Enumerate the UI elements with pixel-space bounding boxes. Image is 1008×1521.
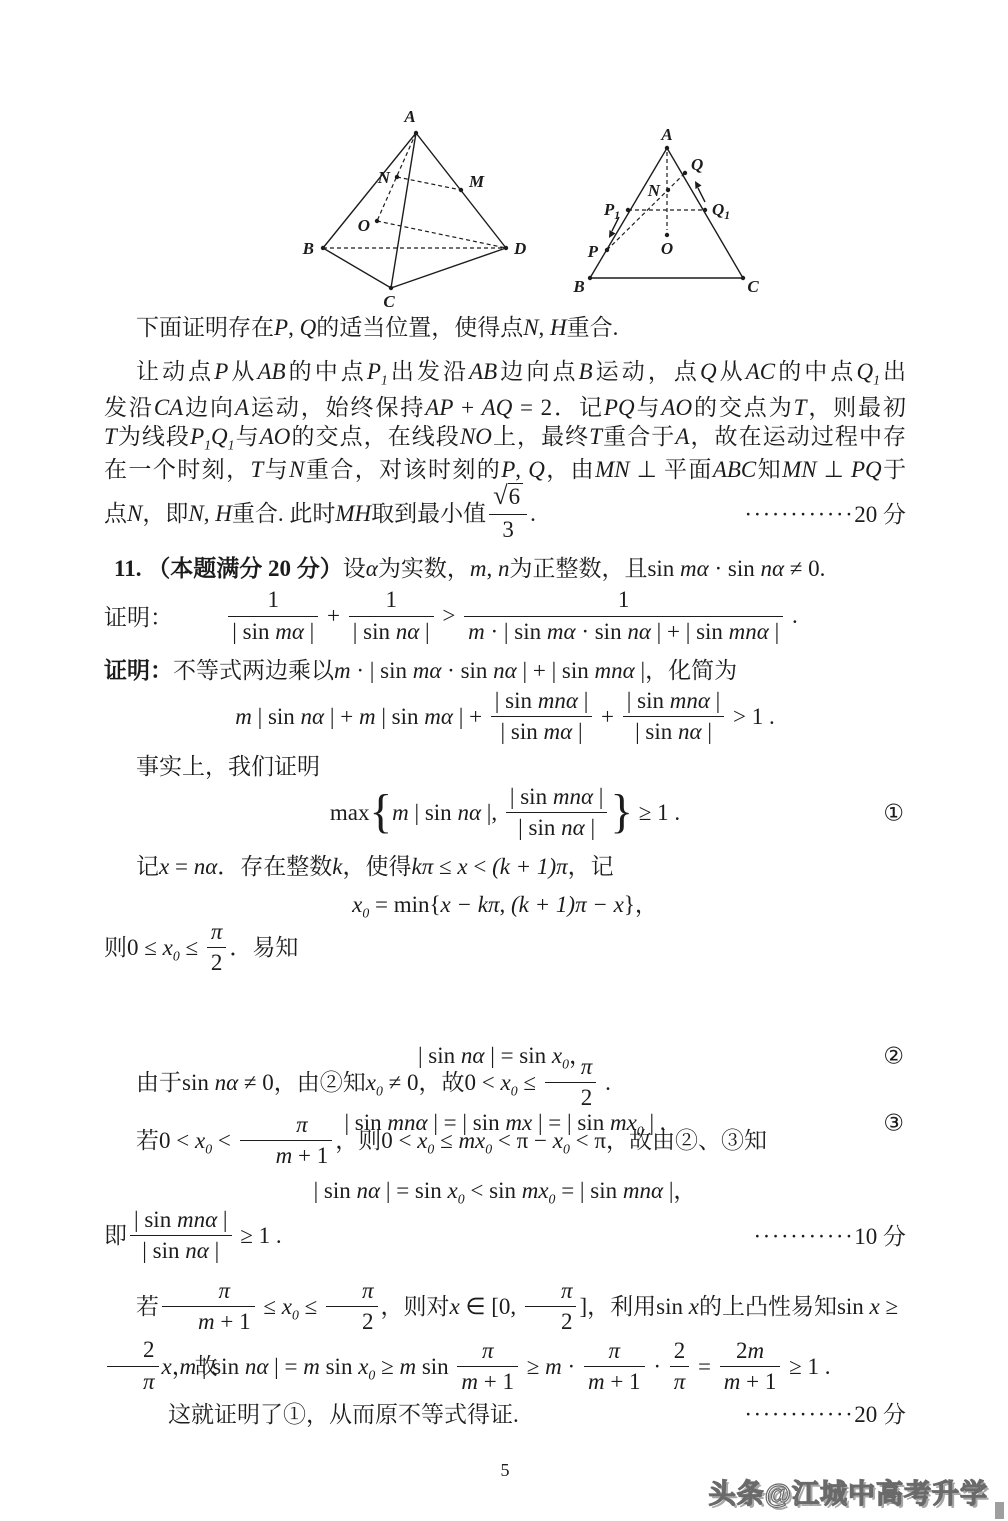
fact-text: 事实上，我们证明 (136, 754, 320, 779)
conclude1-text: 即| sin mnα || sin nα | ≥ 1 . (104, 1207, 282, 1267)
point-label-p1: P1 (603, 200, 620, 222)
record-line: 记x = nα．存在整数k，使得kπ ≤ x < (k + 1)π，记 (104, 852, 906, 882)
score-label: 20 分 (854, 502, 906, 527)
document-page: A B C D N M O A B C Q N P1 Q1 O P 下面证明存在… (0, 0, 1008, 1521)
equation-case1: | sin nα | = sin x0 < sin mx0 = | sin mn… (104, 1176, 906, 1206)
solution-line-move2: 发沿CA边向A运动，始终保持AP + AQ = 2．记PQ与AO的交点为T，则最… (104, 393, 906, 423)
equation-max: max{m | sin nα |, | sin mnα || sin nα |}… (104, 784, 906, 842)
min-value-text: 点N，即N, H重合. 此时MH取到最小值√63. (104, 485, 536, 546)
point-label-n: N (377, 168, 391, 187)
point-label-n: N (647, 181, 661, 200)
vertex-label-c: C (383, 292, 395, 311)
equation-x0: x0 = min{x − kπ, (k + 1)π − x}， (104, 890, 906, 920)
point-label-q: Q (691, 155, 703, 174)
figure-triangle: A B C Q N P1 Q1 O P (565, 110, 765, 298)
vertex-label-a: A (660, 125, 672, 144)
score-label: 10 分 (854, 1224, 906, 1249)
final-line: 这就证明了①，从而原不等式得证. ············20 分 (104, 1400, 906, 1430)
score-marker-10: ···········10 分 (753, 1208, 906, 1266)
point-label-q1: Q1 (712, 200, 730, 222)
prove-formula: 1| sin mα | + 1| sin nα | > 1m · | sin m… (187, 589, 906, 647)
equation-number-1: ① (883, 802, 904, 825)
then-line: 则0 ≤ x0 ≤ π2．易知 (104, 919, 906, 977)
score-dots: ············ (744, 1402, 854, 1427)
case1-line: 若0 < x0 < πm + 1，则0 < x0 ≤ mx0 < π − x0 … (104, 1112, 906, 1170)
arrow-q-line (698, 188, 705, 202)
point-label-o: O (358, 216, 370, 235)
vertex-label-b: B (302, 239, 314, 258)
scrollbar-thumb[interactable] (995, 1502, 1004, 1519)
figure-tetrahedron: A B C D N M O (298, 96, 533, 311)
tetra-dashed-od (377, 221, 506, 248)
point-label-m: M (468, 172, 485, 191)
score-label: 20 分 (854, 1402, 906, 1427)
point-label-p: P (587, 242, 599, 261)
vertex-label-c: C (747, 277, 759, 296)
tetra-base-edges (323, 248, 506, 288)
final-text: 这就证明了①，从而原不等式得证. (104, 1400, 519, 1430)
conclude1-line: 即| sin mnα || sin nα | ≥ 1 . ···········… (104, 1208, 906, 1266)
equation-expanded: m | sin nα | + m | sin mα | + | sin mnα … (104, 688, 906, 746)
vertex-label-d: D (513, 239, 526, 258)
prove-statement: 证明： 1| sin mα | + 1| sin nα | > 1m · | s… (104, 588, 906, 648)
equation-case2: m | sin nα | = m sin x0 ≥ m sin πm + 1 ≥… (104, 1338, 906, 1396)
watermark: 头条@江城中高考升学 (709, 1472, 988, 1511)
score-dots: ··········· (753, 1224, 854, 1249)
proof-intro: 证明：不等式两边乘以m · | sin mα · sin nα | + | si… (104, 656, 906, 686)
arrow-q-head (695, 181, 702, 189)
solution-line-move3: T为线段P1Q1与AO的交点，在线段NO上，最终T重合于A，故在运动过程中存 (104, 422, 906, 452)
vertex-label-a: A (403, 107, 415, 126)
tetra-edge-ac (391, 133, 416, 288)
point-label-o: O (661, 239, 673, 258)
prove-label: 证明： (104, 603, 173, 633)
vertex-label-b: B (572, 277, 584, 296)
score-marker-20a: ············20 分 (744, 486, 906, 544)
since-line: 由于sin nα ≠ 0，由②知x0 ≠ 0，故0 < x0 ≤ π2 . (104, 1054, 906, 1112)
solution-line-intro: 下面证明存在P, Q的适当位置，使得点N, H重合. (104, 313, 906, 343)
fact-line: 事实上，我们证明 (104, 752, 906, 782)
solution-line-min-value: 点N，即N, H重合. 此时MH取到最小值√63. ············20… (104, 486, 906, 544)
case2-line: 若πm + 1 ≤ x0 ≤ π2，则对x ∈ [0, π2]，利用sin x的… (104, 1278, 906, 1336)
score-dots: ············ (744, 502, 854, 527)
solution-line-move1: 让动点P从AB的中点P1出发沿AB边向点B运动，点Q从AC的中点Q1出 (104, 357, 906, 387)
problem-11-statement: 11. （本题满分 20 分）设α为实数，m, n为正整数，且sin mα · … (104, 554, 906, 584)
score-marker-20b: ············20 分 (744, 1400, 906, 1430)
equation-max-body: max{m | sin nα |, | sin mnα || sin nα |}… (330, 800, 680, 825)
